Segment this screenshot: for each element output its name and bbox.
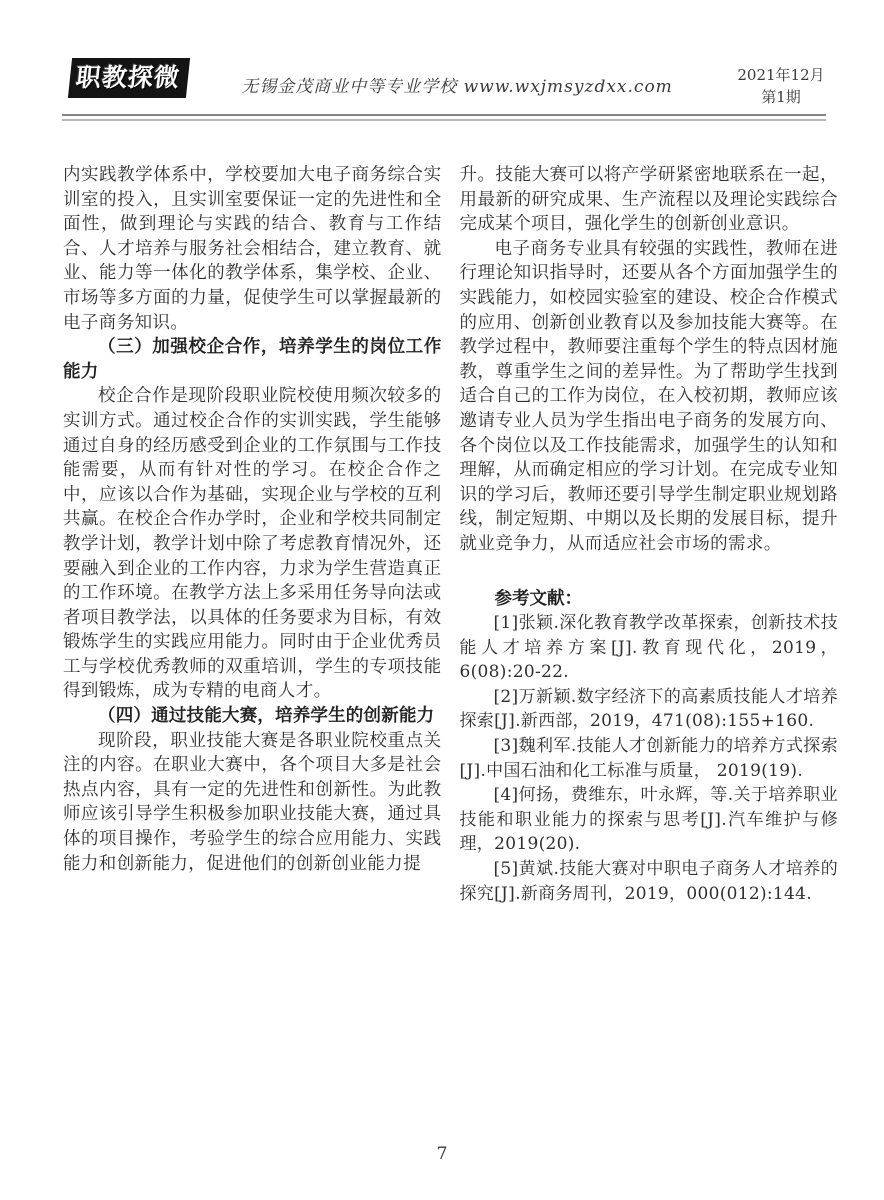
header-school-line: 无锡金茂商业中等专业学校 www.wxjmsyzdxx.com [188, 58, 726, 97]
header-divider [62, 114, 826, 121]
reference-item-5: [5]黄斌.技能大赛对中职电子商务人才培养的探究[J].新商务周刊，2019，0… [460, 857, 839, 906]
section-heading-4: （四）通过技能大赛，培养学生的创新能力 [63, 704, 442, 729]
journal-logo: 职教探微 [68, 58, 190, 98]
paragraph-practice-ability: 电子商务专业具有较强的实践性，教师在进行理论知识指导时，还要从各个方面加强学生的… [460, 237, 839, 557]
document-page: 职教探微 无锡金茂商业中等专业学校 www.wxjmsyzdxx.com 202… [0, 0, 884, 1200]
paragraph-section-3: 校企合作是现阶段职业院校使用频次较多的实训方式。通过校企合作的实训实践，学生能够… [63, 384, 442, 704]
reference-item-2: [2]万新颖.数字经济下的高素质技能人才培养探索[J].新西部，2019，471… [460, 685, 839, 734]
section-heading-3: （三）加强校企合作，培养学生的岗位工作能力 [63, 335, 442, 384]
reference-item-4: [4]何扬，费维东，叶永辉，等.关于培养职业技能和职业能力的探索与思考[J].汽… [460, 783, 839, 857]
issue-number: 第1期 [726, 86, 836, 108]
reference-item-3: [3]魏利军.技能人才创新能力的培养方式探索[J].中国石油和化工标准与质量， … [460, 734, 839, 783]
header-issue-info: 2021年12月 第1期 [726, 58, 836, 108]
reference-item-1: [1]张颖.深化教育教学改革探索，创新技术技能人才培养方案[J].教育现代化，2… [460, 611, 839, 685]
paragraph-continuation-left: 内实践教学体系中，学校要加大电子商务综合实训室的投入，且实训室要保证一定的先进性… [63, 163, 442, 335]
article-right-column: 升。技能大赛可以将产学研紧密地联系在一起，用最新的研究成果、生产流程以及理论实践… [460, 163, 839, 906]
paragraph-continuation-right: 升。技能大赛可以将产学研紧密地联系在一起，用最新的研究成果、生产流程以及理论实践… [460, 163, 839, 237]
page-number: 7 [0, 1144, 884, 1164]
article-body: 内实践教学体系中，学校要加大电子商务综合实训室的投入，且实训室要保证一定的先进性… [0, 121, 884, 906]
page-header: 职教探微 无锡金茂商业中等专业学校 www.wxjmsyzdxx.com 202… [0, 0, 884, 104]
paragraph-section-4: 现阶段，职业技能大赛是各职业院校重点关注的内容。在职业大赛中，各个项目大多是社会… [63, 729, 442, 877]
issue-date: 2021年12月 [726, 64, 836, 86]
article-left-column: 内实践教学体系中，学校要加大电子商务综合实训室的投入，且实训室要保证一定的先进性… [63, 163, 442, 906]
references-title: 参考文献： [460, 587, 839, 612]
